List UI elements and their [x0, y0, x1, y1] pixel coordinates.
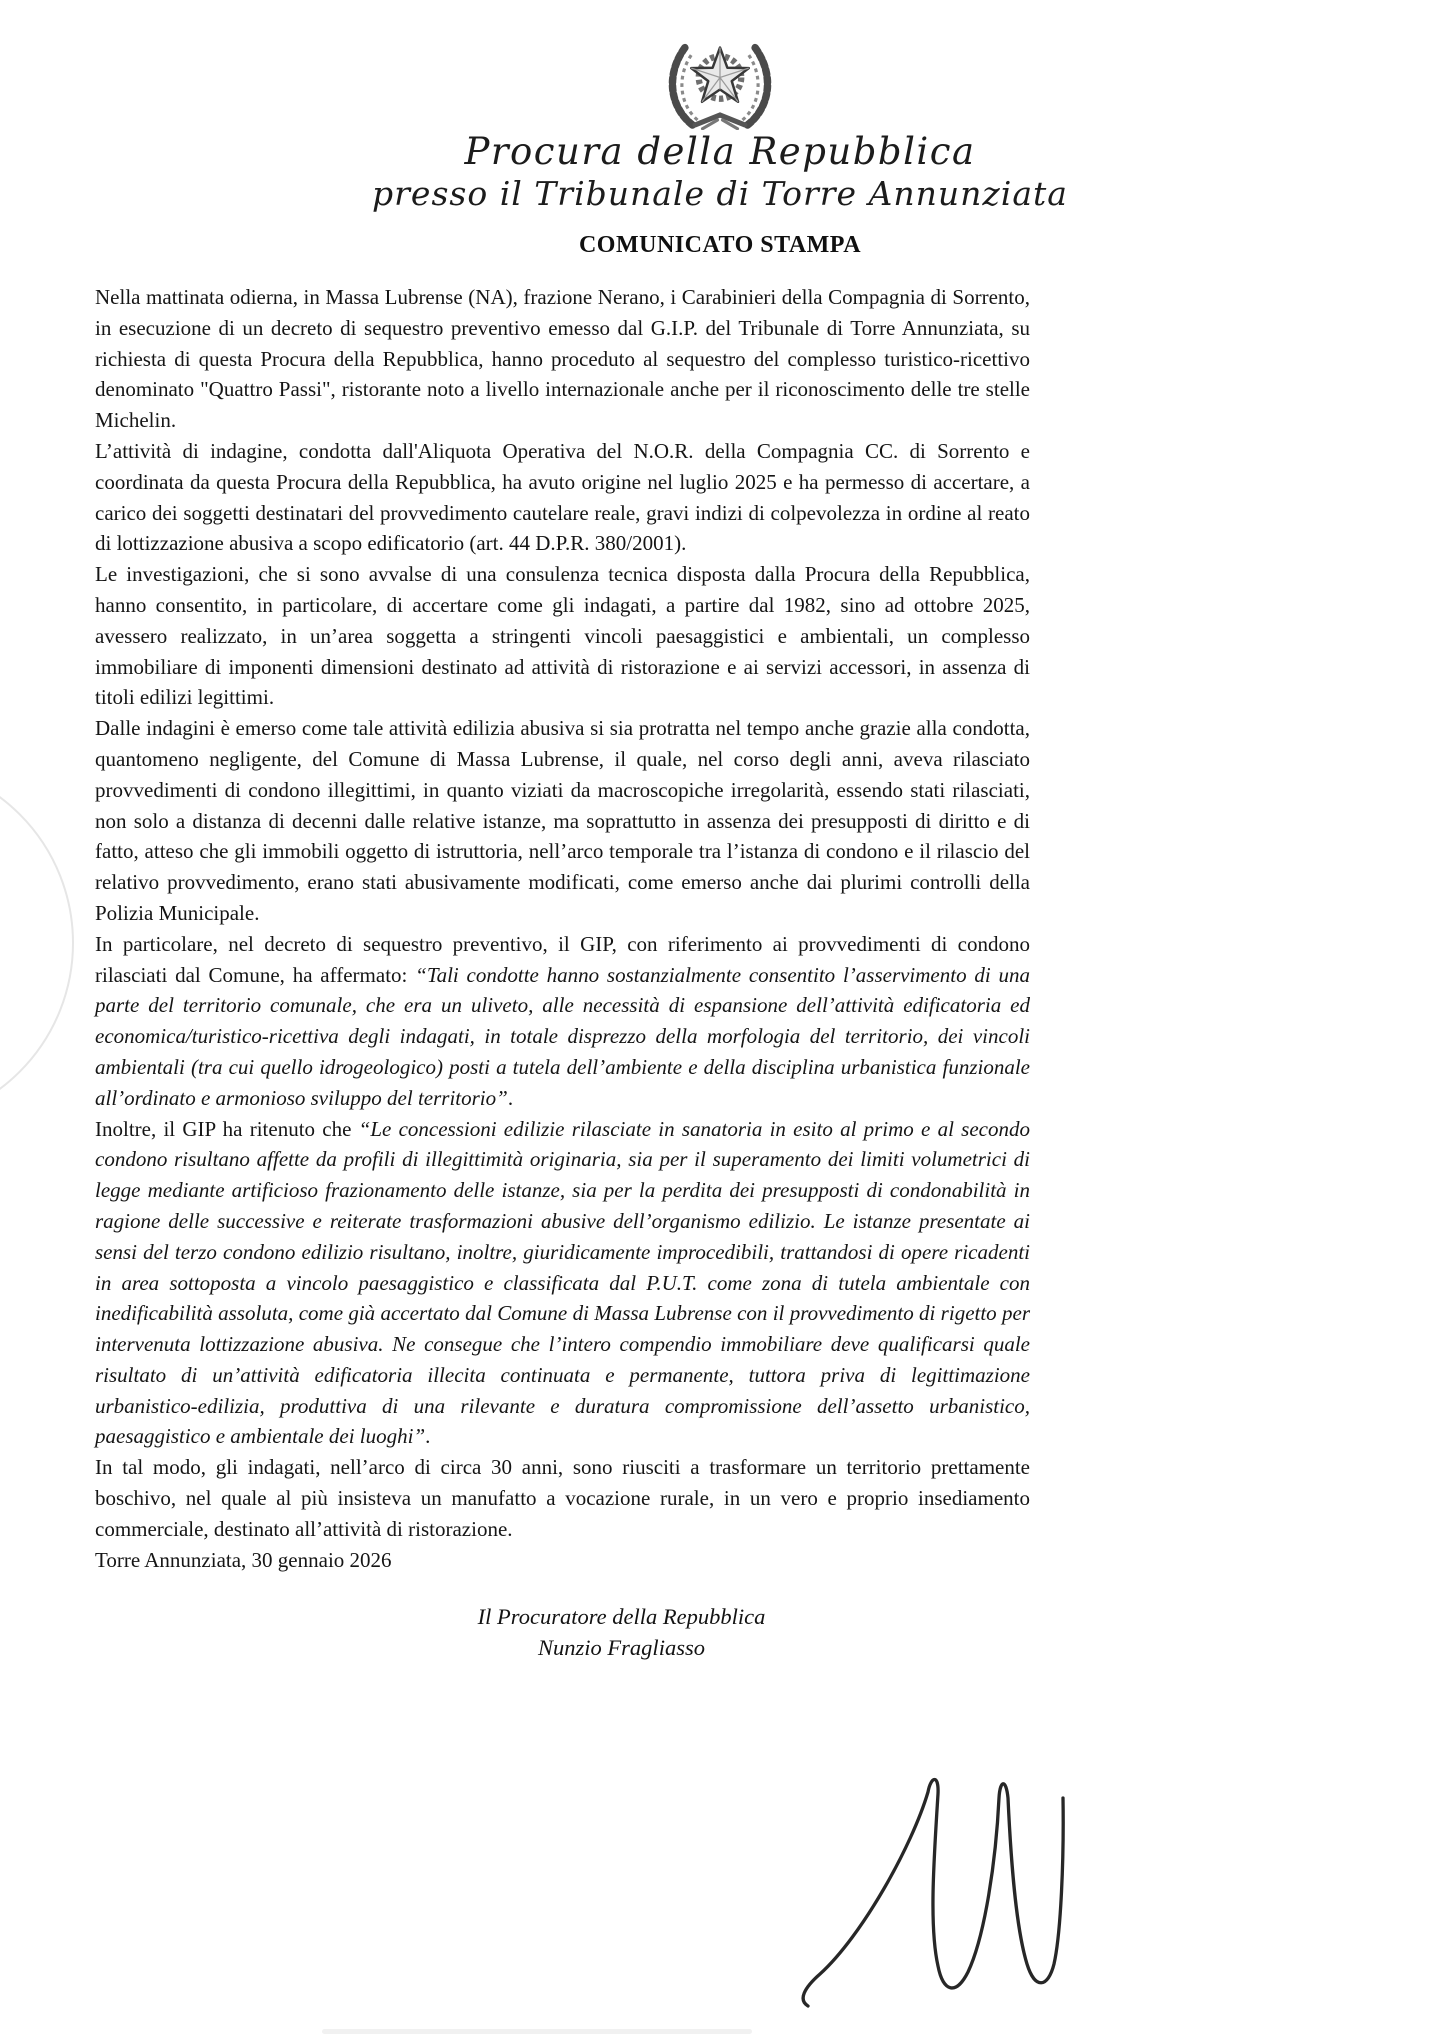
scan-smudge-artifact — [322, 2029, 752, 2034]
dateline: Torre Annunziata, 30 gennaio 2026 — [95, 1545, 1030, 1576]
signature-flourish-icon — [780, 1768, 1100, 2018]
signatory-role: Il Procuratore della Repubblica — [154, 1601, 1089, 1632]
scan-arc-artifact — [0, 760, 74, 1126]
paragraph: Nella mattinata odierna, in Massa Lubren… — [95, 282, 1030, 436]
paragraph: In tal modo, gli indagati, nell’arco di … — [95, 1452, 1030, 1544]
italian-republic-emblem-icon — [645, 30, 795, 130]
paragraph: Dalle indagini è emerso come tale attivi… — [95, 713, 1030, 929]
paragraph: In particolare, nel decreto di sequestro… — [95, 929, 1030, 1114]
document-title: COMUNICATO STAMPA — [0, 230, 1440, 260]
paragraph: Inoltre, il GIP ha ritenuto che “Le conc… — [95, 1114, 1030, 1453]
paragraph: Le investigazioni, che si sono avvalse d… — [95, 559, 1030, 713]
office-court: presso il Tribunale di Torre Annunziata — [0, 174, 1440, 214]
document-body: Nella mattinata odierna, in Massa Lubren… — [95, 282, 1030, 1663]
office-name: Procura della Repubblica — [0, 130, 1440, 174]
issuing-office: Procura della Repubblica presso il Tribu… — [0, 130, 1440, 214]
signatory-name: Nunzio Fragliasso — [154, 1632, 1089, 1663]
press-release-document: Procura della Repubblica presso il Tribu… — [0, 0, 1440, 2040]
paragraph: L’attività di indagine, condotta dall'Al… — [95, 436, 1030, 559]
body-paragraphs: Nella mattinata odierna, in Massa Lubren… — [95, 282, 1030, 1545]
signature-block: Il Procuratore della Repubblica Nunzio F… — [154, 1601, 1089, 1663]
